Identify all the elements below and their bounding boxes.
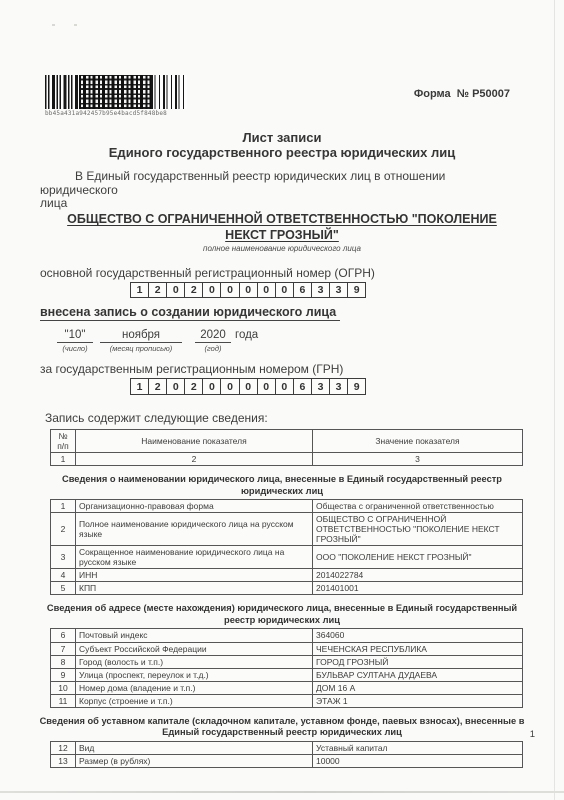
section-table-address: 6 Почтовый индекс 364060 7 Субъект Росси… (50, 628, 523, 707)
grn-digit: 2 (149, 379, 167, 394)
record-table-caption: Запись содержит следующие сведения: (45, 411, 524, 425)
row-value: Общества с ограниченной ответственностью (313, 500, 523, 513)
ogrn-digit: 0 (276, 283, 294, 298)
grn-digit: 0 (240, 379, 258, 394)
grn-digit: 9 (348, 379, 365, 394)
row-value: ДОМ 16 А (313, 681, 523, 694)
row-name: Город (волость и т.п.) (76, 655, 313, 668)
company-name-line-1: ОБЩЕСТВО С ОГРАНИЧЕННОЙ ОТВЕТСТВЕННОСТЬЮ… (40, 212, 524, 227)
record-table-header: № п/п Наименование показателя Значение п… (50, 429, 523, 466)
ogrn-label: основной государственный регистрационный… (40, 266, 524, 280)
row-value: БУЛЬВАР СУЛТАНА ДУДАЕВА (313, 668, 523, 681)
row-num: 2 (51, 513, 76, 546)
ogrn-digit: 0 (167, 283, 185, 298)
ogrn-digit: 9 (348, 283, 365, 298)
col-index-num: 1 (51, 452, 76, 465)
row-name: Субъект Российской Федерации (76, 642, 313, 655)
col-header-value: Значение показателя (313, 429, 523, 452)
table-row: 5 КПП 201401001 (51, 582, 523, 595)
ogrn-digit: 0 (240, 283, 258, 298)
col-index-name: 2 (76, 452, 313, 465)
grn-digit: 1 (131, 379, 149, 394)
row-name: Улица (проспект, переулок и т.д.) (76, 668, 313, 681)
ogrn-digit: 0 (203, 283, 221, 298)
date-day-value: "10" (57, 329, 93, 343)
date-day-field: "10" (число) (57, 329, 93, 353)
row-value: 10000 (313, 754, 523, 767)
scan-right-edge (554, 0, 556, 800)
col-header-num: № п/п (51, 429, 76, 452)
table-row: 7 Субъект Российской Федерации ЧЕЧЕНСКАЯ… (51, 642, 523, 655)
section-title-name: Сведения о наименовании юридического лиц… (40, 474, 524, 497)
barcode-image (45, 75, 187, 109)
row-num: 7 (51, 642, 76, 655)
row-name: Номер дома (владение и т.п.) (76, 681, 313, 694)
ogrn-digit-boxes: 1 2 0 2 0 0 0 0 0 6 3 3 9 (130, 282, 366, 299)
row-num: 6 (51, 629, 76, 642)
row-name: Вид (76, 741, 313, 754)
table-row: 11 Корпус (строение и т.п.) ЭТАЖ 1 (51, 694, 523, 707)
date-year-field: 2020 (год) (195, 329, 231, 353)
grn-digit: 3 (312, 379, 330, 394)
row-name: ИНН (76, 569, 313, 582)
document-page: bb45a431a942457b95e4bacd5f848be8 Форма №… (0, 0, 564, 800)
row-name: Размер (в рублях) (76, 754, 313, 767)
company-name: ОБЩЕСТВО С ОГРАНИЧЕННОЙ ОТВЕТСТВЕННОСТЬЮ… (40, 212, 524, 243)
record-date: "10" (число) ноября (месяц прописью) 202… (57, 329, 524, 353)
grn-digit: 0 (276, 379, 294, 394)
company-name-caption: полное наименование юридического лица (40, 244, 524, 253)
row-value: ГОРОД ГРОЗНЫЙ (313, 655, 523, 668)
grn-digit-boxes: 1 2 0 2 0 0 0 0 0 6 3 3 9 (130, 378, 366, 395)
form-number-label: Форма № Р50007 (414, 88, 510, 100)
section-title-address: Сведения об адресе (месте нахождения) юр… (40, 603, 524, 626)
date-year-suffix: года (235, 329, 258, 341)
title-line-2: Единого государственного реестра юридиче… (40, 145, 524, 160)
table-row: 13 Размер (в рублях) 10000 (51, 754, 523, 767)
ogrn-digit: 2 (149, 283, 167, 298)
row-name: Корпус (строение и т.п.) (76, 694, 313, 707)
grn-digit: 0 (258, 379, 276, 394)
row-value: 2014022784 (313, 569, 523, 582)
row-value: Уставный капитал (313, 741, 523, 754)
page-number: 1 (530, 729, 535, 740)
row-value: ОБЩЕСТВО С ОГРАНИЧЕННОЙ ОТВЕТСТВЕННОСТЬЮ… (313, 513, 523, 546)
row-value: ООО "ПОКОЛЕНИЕ НЕКСТ ГРОЗНЫЙ" (313, 546, 523, 569)
row-num: 3 (51, 546, 76, 569)
scan-bottom-edge (0, 791, 564, 793)
barcode-block: bb45a431a942457b95e4bacd5f848be8 (45, 75, 187, 117)
table-row: 9 Улица (проспект, переулок и т.д.) БУЛЬ… (51, 668, 523, 681)
barcode-hash: bb45a431a942457b95e4bacd5f848be8 (45, 110, 187, 117)
section-table-capital: 12 Вид Уставный капитал 13 Размер (в руб… (50, 741, 523, 768)
document-header: bb45a431a942457b95e4bacd5f848be8 Форма №… (40, 75, 524, 117)
grn-digit: 0 (167, 379, 185, 394)
table-row: 2 Полное наименование юридического лица … (51, 513, 523, 546)
row-num: 1 (51, 500, 76, 513)
row-value: 201401001 (313, 582, 523, 595)
row-name: КПП (76, 582, 313, 595)
row-num: 11 (51, 694, 76, 707)
row-value: ЭТАЖ 1 (313, 694, 523, 707)
table-row: 4 ИНН 2014022784 (51, 569, 523, 582)
row-num: 9 (51, 668, 76, 681)
table-row: 10 Номер дома (владение и т.п.) ДОМ 16 А (51, 681, 523, 694)
section-table-name: 1 Организационно-правовая форма Общества… (50, 499, 523, 595)
ogrn-digit: 0 (258, 283, 276, 298)
scan-noise (52, 24, 78, 26)
row-num: 10 (51, 681, 76, 694)
grn-digit: 3 (330, 379, 348, 394)
intro-line-2: лица (40, 197, 524, 211)
date-year-label: (год) (205, 344, 222, 353)
date-year-value: 2020 (195, 329, 231, 343)
date-day-label: (число) (62, 344, 87, 353)
ogrn-digit: 3 (312, 283, 330, 298)
record-heading: внесена запись о создании юридического л… (40, 305, 524, 319)
row-name: Организационно-правовая форма (76, 500, 313, 513)
ogrn-digit: 6 (294, 283, 312, 298)
barcode-matrix-icon (79, 75, 151, 109)
row-num: 13 (51, 754, 76, 767)
table-row: 12 Вид Уставный капитал (51, 741, 523, 754)
date-month-field: ноября (месяц прописью) (100, 329, 182, 353)
row-num: 12 (51, 741, 76, 754)
title-line-1: Лист записи (40, 130, 524, 145)
ogrn-digit: 0 (221, 283, 239, 298)
document-title: Лист записи Единого государственного рее… (40, 130, 524, 161)
grn-digit: 2 (185, 379, 203, 394)
row-num: 4 (51, 569, 76, 582)
row-num: 8 (51, 655, 76, 668)
row-name: Сокращенное наименование юридического ли… (76, 546, 313, 569)
barcode-bars-right-icon (151, 75, 187, 109)
row-name: Полное наименование юридического лица на… (76, 513, 313, 546)
col-header-name: Наименование показателя (76, 429, 313, 452)
section-title-capital: Сведения об уставном капитале (складочно… (40, 716, 524, 739)
ogrn-digit: 1 (131, 283, 149, 298)
ogrn-digit: 2 (185, 283, 203, 298)
row-value: ЧЕЧЕНСКАЯ РЕСПУБЛИКА (313, 642, 523, 655)
table-row: 6 Почтовый индекс 364060 (51, 629, 523, 642)
grn-label: за государственным регистрационным номер… (40, 362, 524, 376)
date-month-value: ноября (100, 329, 182, 343)
intro-paragraph: В Единый государственный реестр юридичес… (40, 170, 524, 212)
barcode-bars-left-icon (45, 75, 79, 109)
table-row: 1 Организационно-правовая форма Общества… (51, 500, 523, 513)
row-name: Почтовый индекс (76, 629, 313, 642)
grn-digit: 0 (221, 379, 239, 394)
table-row: 3 Сокращенное наименование юридического … (51, 546, 523, 569)
row-value: 364060 (313, 629, 523, 642)
col-index-value: 3 (313, 452, 523, 465)
date-month-label: (месяц прописью) (110, 344, 172, 353)
grn-digit: 0 (203, 379, 221, 394)
ogrn-digit: 3 (330, 283, 348, 298)
grn-digit: 6 (294, 379, 312, 394)
intro-line-1: В Единый государственный реестр юридичес… (40, 170, 524, 198)
table-row: 8 Город (волость и т.п.) ГОРОД ГРОЗНЫЙ (51, 655, 523, 668)
row-num: 5 (51, 582, 76, 595)
company-name-line-2: НЕКСТ ГРОЗНЫЙ" (40, 228, 524, 243)
